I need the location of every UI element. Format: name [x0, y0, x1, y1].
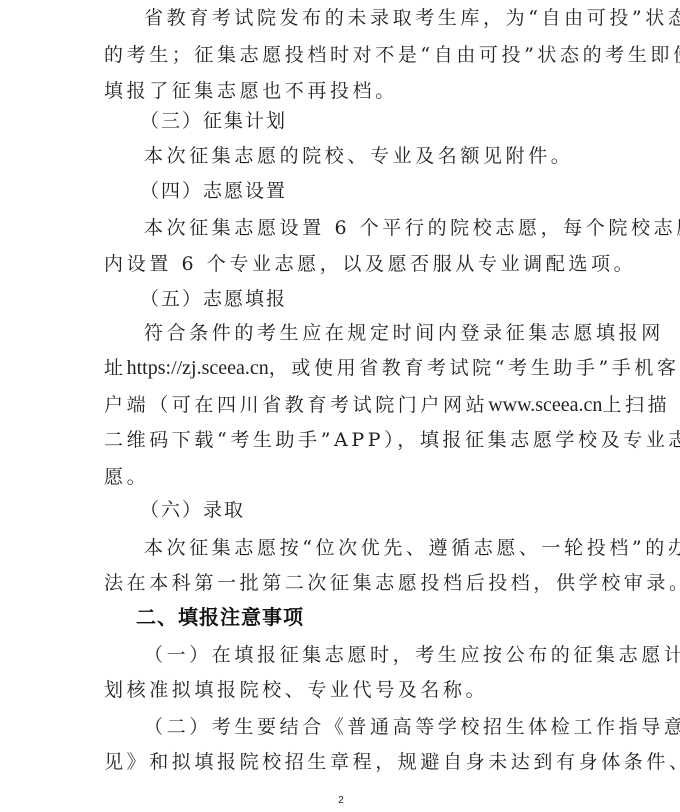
paragraph-line: （二）考生要结合《普通高等学校招生体检工作指导意: [104, 709, 584, 745]
paragraph-line: 划核准拟填报院校、专业代号及名称。: [104, 672, 584, 708]
section-heading-notes: 二、填报注意事项: [104, 599, 616, 635]
portal-url-link[interactable]: www.sceea.cn: [488, 394, 602, 416]
page-number: 2: [334, 795, 348, 806]
text-segment: 址: [104, 357, 127, 379]
paragraph-line: 户端（可在四川省教育考试院门户网站www.sceea.cn上扫描: [104, 387, 584, 423]
fill-url-link[interactable]: https://zj.sceea.cn: [127, 357, 269, 379]
paragraph-line: 本次征集志愿设置 6 个平行的院校志愿，每个院校志愿: [104, 210, 584, 246]
section-heading-admission: （六）录取: [104, 492, 620, 528]
paragraph-line: 本次征集志愿的院校、专业及名额见附件。: [104, 138, 584, 174]
paragraph-line: 址https://zj.sceea.cn，或使用省教育考试院“考生助手”手机客: [104, 350, 584, 386]
text-segment: ，或使用省教育考试院“考生助手”手机客: [269, 357, 680, 379]
text-segment: 上扫描: [602, 394, 670, 416]
paragraph-line: 符合条件的考生应在规定时间内登录征集志愿填报网: [104, 315, 584, 351]
document-page: 省教育考试院发布的未录取考生库，为“自由可投”状态 的考生；征集志愿投档时对不是…: [0, 0, 680, 812]
paragraph-line: （一）在填报征集志愿时，考生应按公布的征集志愿计: [104, 637, 584, 673]
paragraph-line: 本次征集志愿按“位次优先、遵循志愿、一轮投档”的办: [104, 530, 584, 566]
paragraph-line: 省教育考试院发布的未录取考生库，为“自由可投”状态: [104, 0, 584, 36]
section-heading-setting: （四）志愿设置: [104, 173, 620, 209]
paragraph-line: 内设置 6 个专业志愿，以及愿否服从专业调配选项。: [104, 246, 584, 282]
paragraph-line: 见》和拟填报院校招生章程，规避自身未达到有身体条件、: [104, 744, 584, 780]
section-heading-fill: （五）志愿填报: [104, 281, 620, 317]
text-segment: 户端（可在四川省教育考试院门户网站: [104, 394, 488, 416]
paragraph-line: 二维码下载“考生助手”APP），填报征集志愿学校及专业志: [104, 422, 584, 458]
paragraph-line: 愿。: [104, 459, 584, 495]
paragraph-line: 的考生；征集志愿投档时对不是“自由可投”状态的考生即使: [104, 37, 584, 73]
paragraph-line: 法在本科第一批第二次征集志愿投档后投档，供学校审录。: [104, 565, 584, 601]
section-heading-plan: （三）征集计划: [104, 103, 620, 139]
